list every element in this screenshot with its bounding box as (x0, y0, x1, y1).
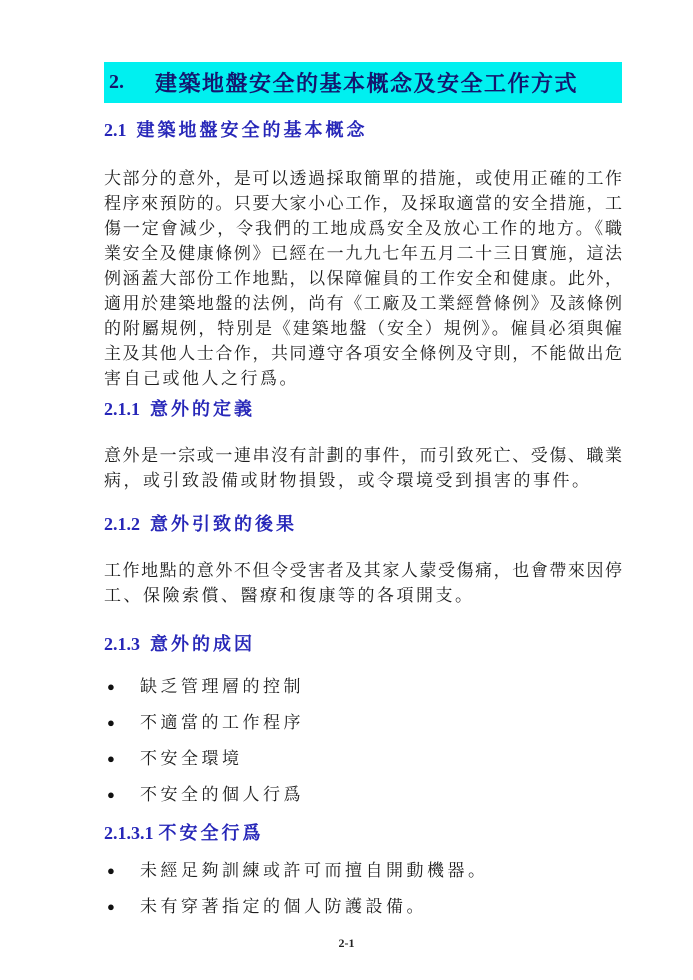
paragraph-line: 適用於建築地盤的法例，尚有《工廠及工業經營條例》及該條例 (104, 291, 622, 316)
bullet-list-unsafe-acts: ● 未經足夠訓練或許可而擅自開動機器。 ● 未有穿著指定的個人防護設備。 (104, 858, 622, 930)
chapter-number: 2. (109, 71, 155, 94)
paragraph-line: 主及其他人士合作，共同遵守各項安全條例及守則，不能做出危 (104, 341, 622, 366)
list-item: ● 未經足夠訓練或許可而擅自開動機器。 (104, 858, 622, 883)
heading-number: 2.1.2 (104, 514, 140, 534)
chapter-title: 建築地盤安全的基本概念及安全工作方式 (155, 67, 578, 98)
bullet-icon: ● (104, 894, 140, 919)
heading-2-1-2: 2.1.2意外引致的後果 (104, 513, 297, 535)
paragraph-line: 傷一定會減少，令我們的工地成爲安全及放心工作的地方。《職 (104, 216, 622, 241)
list-item-text: 不安全的個人行爲 (140, 782, 304, 807)
heading-2-1-3: 2.1.3意外的成因 (104, 633, 255, 655)
list-item: ● 缺乏管理層的控制 (104, 674, 622, 699)
page-number-footer: 2-1 (0, 936, 693, 951)
paragraph-line: 程序來預防的。只要大家小心工作，及採取適當的安全措施，工 (104, 191, 622, 216)
heading-text: 意外的成因 (150, 634, 255, 654)
document-page: 2. 建築地盤安全的基本概念及安全工作方式 2.1建築地盤安全的基本概念 大部分… (0, 0, 693, 980)
heading-text: 不安全行爲 (159, 823, 264, 843)
list-item: ● 不安全的個人行爲 (104, 782, 622, 807)
list-item: ● 未有穿著指定的個人防護設備。 (104, 894, 622, 919)
paragraph-line: 意外是一宗或一連串沒有計劃的事件，而引致死亡、受傷、職業 (104, 443, 622, 468)
bullet-icon: ● (104, 782, 140, 807)
heading-text: 意外的定義 (150, 399, 255, 419)
paragraph-line: 工作地點的意外不但令受害者及其家人蒙受傷痛，也會帶來因停 (104, 558, 622, 583)
paragraph-line: 例涵蓋大部份工作地點，以保障僱員的工作安全和健康。此外， (104, 266, 622, 291)
list-item-text: 不適當的工作程序 (140, 710, 304, 735)
paragraph-line: 業安全及健康條例》已經在一九九七年五月二十三日實施，這法 (104, 241, 622, 266)
bullet-list-causes: ● 缺乏管理層的控制 ● 不適當的工作程序 ● 不安全環境 ● 不安全的個人行爲 (104, 674, 622, 818)
heading-2-1-3-1: 2.1.3.1不安全行爲 (104, 822, 264, 844)
heading-2-1: 2.1建築地盤安全的基本概念 (104, 119, 368, 141)
heading-text: 建築地盤安全的基本概念 (137, 120, 368, 140)
heading-number: 2.1 (104, 120, 127, 140)
chapter-title-bar: 2. 建築地盤安全的基本概念及安全工作方式 (104, 62, 622, 103)
list-item: ● 不適當的工作程序 (104, 710, 622, 735)
heading-number: 2.1.3 (104, 634, 140, 654)
list-item-text: 未有穿著指定的個人防護設備。 (140, 894, 427, 919)
list-item-text: 不安全環境 (140, 746, 243, 771)
paragraph-2-1-2: 工作地點的意外不但令受害者及其家人蒙受傷痛，也會帶來因停 工、保險索償、醫療和復… (104, 558, 622, 608)
list-item-text: 缺乏管理層的控制 (140, 674, 304, 699)
list-item-text: 未經足夠訓練或許可而擅自開動機器。 (140, 858, 489, 883)
paragraph-2-1: 大部分的意外，是可以透過採取簡單的措施，或使用正確的工作 程序來預防的。只要大家… (104, 166, 622, 391)
paragraph-line: 病，或引致設備或財物損毀，或令環境受到損害的事件。 (104, 468, 622, 493)
paragraph-2-1-1: 意外是一宗或一連串沒有計劃的事件，而引致死亡、受傷、職業 病，或引致設備或財物損… (104, 443, 622, 493)
bullet-icon: ● (104, 674, 140, 699)
heading-2-1-1: 2.1.1意外的定義 (104, 398, 255, 420)
paragraph-line: 的附屬規例，特別是《建築地盤（安全）規例》。僱員必須與僱 (104, 316, 622, 341)
heading-text: 意外引致的後果 (150, 514, 297, 534)
list-item: ● 不安全環境 (104, 746, 622, 771)
bullet-icon: ● (104, 858, 140, 883)
paragraph-line: 大部分的意外，是可以透過採取簡單的措施，或使用正確的工作 (104, 166, 622, 191)
paragraph-line: 害自己或他人之行爲。 (104, 366, 622, 391)
paragraph-line: 工、保險索償、醫療和復康等的各項開支。 (104, 583, 622, 608)
heading-number: 2.1.1 (104, 399, 140, 419)
heading-number: 2.1.3.1 (104, 823, 154, 843)
bullet-icon: ● (104, 710, 140, 735)
bullet-icon: ● (104, 746, 140, 771)
